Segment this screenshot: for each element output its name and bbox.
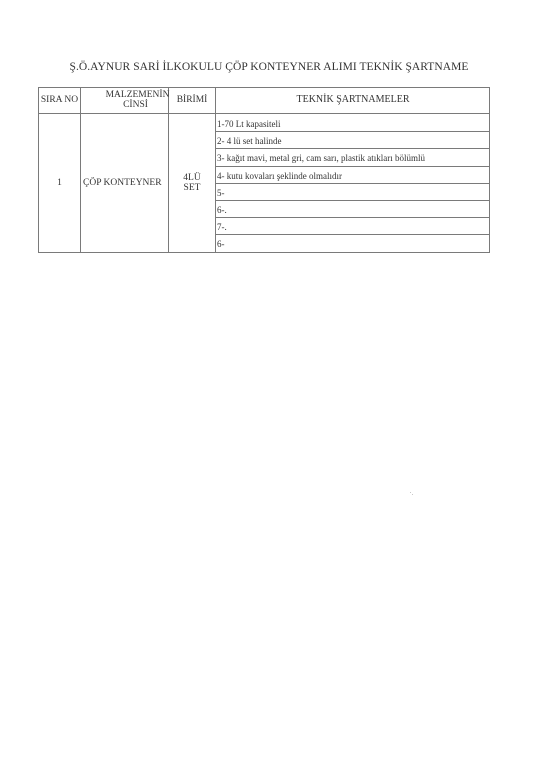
row-divider	[215, 200, 489, 201]
header-sira-no-label: SIRA NO	[41, 96, 78, 106]
row-malzeme: ÇÖP KONTEYNER	[83, 114, 168, 253]
spec-item-6: 6-.	[217, 205, 227, 215]
header-malzeme-line2: CİNSİ	[123, 101, 148, 111]
specification-table: SIRA NO MALZEMENİN CİNSİ BİRİMİ TEKNİK Ş…	[38, 87, 490, 253]
spec-item-2: 2- 4 lü set halinde	[217, 136, 282, 146]
header-birimi: BİRİMİ	[169, 88, 215, 113]
header-teknik: TEKNİK ŞARTNAMELER	[216, 88, 490, 113]
header-sira-no: SIRA NO	[39, 88, 80, 113]
row-divider	[215, 166, 489, 167]
row-divider	[215, 131, 489, 132]
spec-item-3: 3- kağıt mavi, metal gri, cam sarı, plas…	[217, 153, 425, 163]
scan-speck	[410, 492, 411, 493]
header-malzeme-line1: MALZEMENİN	[106, 91, 170, 101]
spec-item-5: 5-	[217, 188, 225, 198]
row-birim: 4LÜ SET	[169, 114, 215, 253]
document-title: Ş.Ö.AYNUR SARİ İLKOKULU ÇÖP KONTEYNER AL…	[0, 61, 538, 73]
spec-item-4: 4- kutu kovaları şeklinde olmalıdır	[217, 171, 342, 181]
scan-speck	[412, 494, 413, 495]
row-sira-no: 1	[39, 114, 80, 253]
birim-line2: SET	[184, 184, 201, 194]
sira-no-value: 1	[57, 179, 62, 189]
row-divider	[215, 217, 489, 218]
spec-item-8: 6-	[217, 239, 225, 249]
row-divider	[215, 148, 489, 149]
row-divider	[215, 183, 489, 184]
birim-line1: 4LÜ	[183, 174, 200, 184]
header-malzeme: MALZEMENİN CİNSİ	[81, 88, 168, 113]
header-birimi-label: BİRİMİ	[177, 96, 208, 106]
spec-item-1: 1-70 Lt kapasiteli	[217, 119, 280, 129]
malzeme-value: ÇÖP KONTEYNER	[83, 179, 162, 189]
spec-item-7: 7-.	[217, 222, 227, 232]
header-teknik-label: TEKNİK ŞARTNAMELER	[296, 95, 409, 106]
row-divider	[215, 234, 489, 235]
